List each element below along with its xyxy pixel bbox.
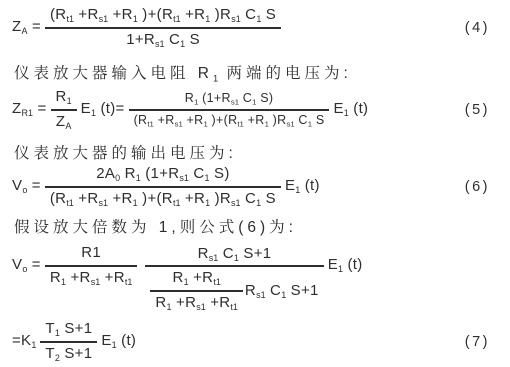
- eq5-number: (5): [465, 101, 490, 119]
- equation-7-part2: =K1 T1 S+1 T2 S+1 E1 (t) (7): [12, 320, 502, 364]
- eq7a-frac2-den-tail: Rs1 C1 S+1: [245, 282, 319, 301]
- eq4-fraction: (Rt1 +Rs1 +R1 )+(Rt1 +R1 )Rs1 C1 S 1+Rs1…: [45, 6, 281, 50]
- eq5-tail: E1 (t): [333, 100, 368, 119]
- eq6-number: (6): [465, 178, 490, 196]
- eq5-fraction-1: R1 ZA: [51, 88, 77, 132]
- equation-7-part1: Vo = R1 R1 +Rs1 +Rt1 Rs1 C1 S+1 R1 +Rt1 …: [12, 244, 502, 288]
- paragraph-input-resistance: 仪表放大器输入电阻 R1 两端的电压为:: [14, 61, 352, 84]
- eq7a-frac1-numerator: R1: [45, 244, 138, 267]
- eq7a-fraction-1: R1 R1 +Rs1 +Rt1: [45, 244, 138, 288]
- eq5-frac2-denominator: (Rt1 +Rs1 +R1 )+(Rt1 +R1 )Rs1 C1 S: [129, 111, 330, 129]
- eq4-denominator: 1+Rs1 C1 S: [121, 29, 205, 50]
- eq5-frac1-denominator: ZA: [51, 111, 76, 132]
- equation-6: Vo = 2A0 R1 (1+Rs1 C1 S) (Rt1 +Rs1 +R1 )…: [12, 165, 502, 209]
- eq7b-denominator: T2 S+1: [40, 343, 97, 364]
- eq7b-numerator: T1 S+1: [40, 320, 97, 343]
- eq5-middle: E1 (t)=: [81, 100, 125, 119]
- paragraph-output-voltage: 仪表放大器的输出电压为:: [14, 141, 237, 163]
- eq7a-frac1-denominator: R1 +Rs1 +Rt1: [45, 267, 138, 288]
- eq6-lhs: Vo =: [12, 177, 41, 196]
- eq7a-inner-numerator: R1 +Rt1: [150, 269, 243, 292]
- eq7a-inner-denominator: R1 +Rs1 +Rt1: [150, 292, 243, 313]
- eq7b-tail: E1 (t): [101, 332, 136, 351]
- eq4-numerator: (Rt1 +Rs1 +R1 )+(Rt1 +R1 )Rs1 C1 S: [45, 6, 281, 29]
- eq7a-lhs: Vo =: [12, 256, 41, 275]
- eq7a-frac2-denominator: R1 +Rt1 R1 +Rs1 +Rt1 Rs1 C1 S+1: [145, 267, 323, 313]
- eq5-frac1-numerator: R1: [51, 88, 77, 111]
- eq5-lhs: ZR1 =: [12, 100, 47, 119]
- eq4-number: (4): [465, 19, 490, 37]
- paragraph-unity-gain: 假设放大倍数为 1,则公式(6)为:: [14, 215, 297, 237]
- eq5-fraction-2: R1 (1+Rs1 C1 S) (Rt1 +Rs1 +R1 )+(Rt1 +R1…: [129, 91, 330, 128]
- eq7b-number: (7): [465, 333, 490, 351]
- document-page: ZA = (Rt1 +Rs1 +R1 )+(Rt1 +R1 )Rs1 C1 S …: [0, 0, 510, 367]
- eq4-lhs: ZA =: [12, 18, 41, 37]
- eq7b-fraction: T1 S+1 T2 S+1: [40, 320, 97, 364]
- eq7a-frac2-numerator: Rs1 C1 S+1: [145, 245, 323, 268]
- eq6-tail: E1 (t): [285, 177, 320, 196]
- equation-4: ZA = (Rt1 +Rs1 +R1 )+(Rt1 +R1 )Rs1 C1 S …: [12, 6, 502, 50]
- eq7a-tail: E1 (t): [328, 256, 363, 275]
- eq6-numerator: 2A0 R1 (1+Rs1 C1 S): [45, 165, 281, 188]
- eq6-fraction: 2A0 R1 (1+Rs1 C1 S) (Rt1 +Rs1 +R1 )+(Rt1…: [45, 165, 281, 209]
- eq7a-inner-fraction: R1 +Rt1 R1 +Rs1 +Rt1: [150, 269, 243, 313]
- eq5-frac2-numerator: R1 (1+Rs1 C1 S): [129, 91, 330, 111]
- eq7b-lhs: =K1: [12, 332, 36, 351]
- equation-5: ZR1 = R1 ZA E1 (t)= R1 (1+Rs1 C1 S) (Rt1…: [12, 88, 502, 132]
- eq7a-fraction-2: Rs1 C1 S+1 R1 +Rt1 R1 +Rs1 +Rt1 Rs1 C1 S…: [145, 245, 323, 313]
- eq6-denominator: (Rt1 +Rs1 +R1 )+(Rt1 +R1 )Rs1 C1 S: [45, 188, 281, 209]
